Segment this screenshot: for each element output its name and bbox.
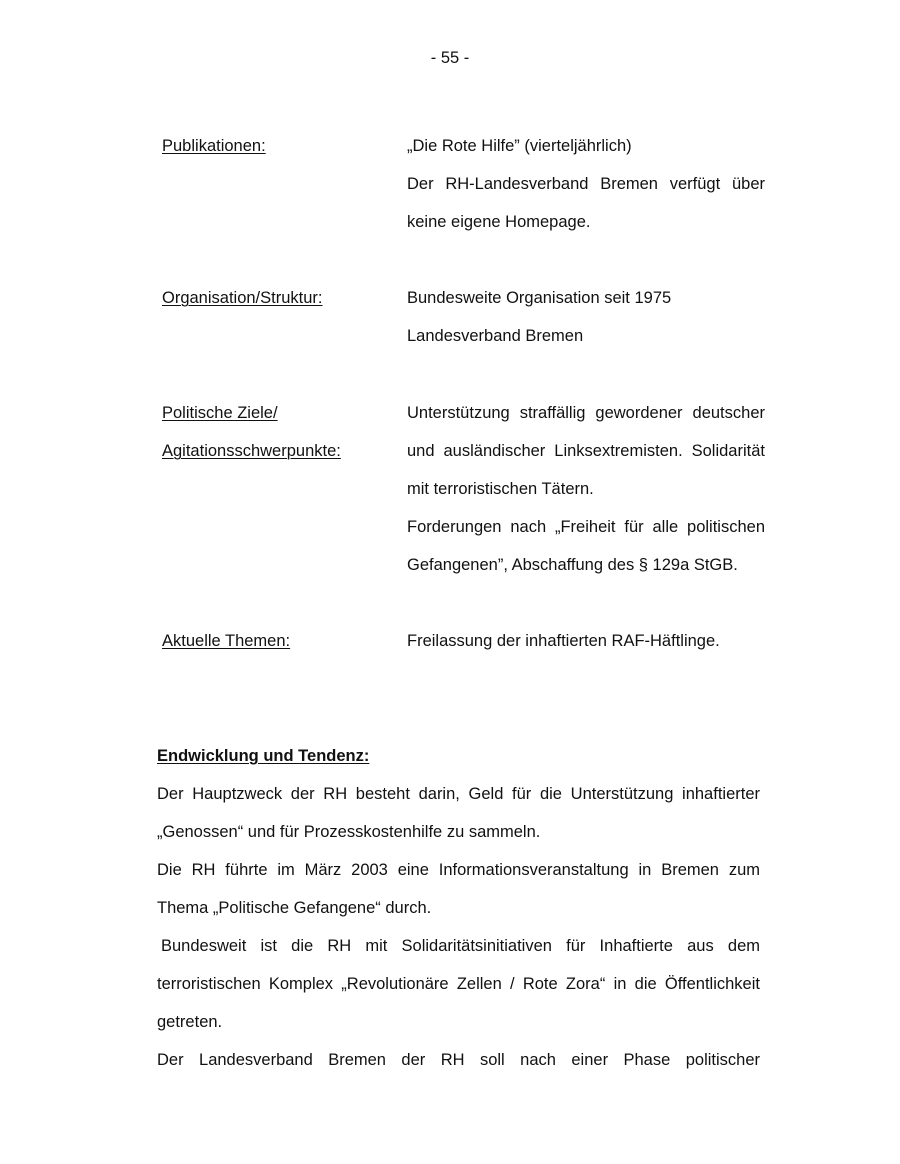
- section-entwicklung: Endwicklung und Tendenz: Der Hauptzweck …: [157, 746, 760, 1088]
- label-politische-ziele: Politische Ziele/: [162, 403, 402, 441]
- field-label: Politische Ziele/ Agitationsschwerpunkte…: [162, 403, 402, 479]
- paragraph-line: Bundesweit ist die RH mit Solidaritätsin…: [157, 936, 760, 974]
- label-publikationen: Publikationen:: [162, 136, 402, 174]
- paragraph-line: getreten.: [157, 1012, 760, 1050]
- value-line: keine eigene Homepage.: [407, 212, 765, 250]
- value-line: Der RH-Landesverband Bremen verfügt über: [407, 174, 765, 212]
- field-label: Aktuelle Themen:: [162, 631, 402, 669]
- field-value: Unterstützung straffällig gewordener deu…: [407, 403, 765, 593]
- label-organisation: Organisation/Struktur:: [162, 288, 402, 326]
- field-value: Freilassung der inhaftierten RAF-Häftlin…: [407, 631, 765, 669]
- label-agitationsschwerpunkte: Agitationsschwerpunkte:: [162, 441, 402, 479]
- value-line: Gefangenen”, Abschaffung des § 129a StGB…: [407, 555, 765, 593]
- field-value: „Die Rote Hilfe” (vierteljährlich) Der R…: [407, 136, 765, 250]
- value-line: Forderungen nach „Freiheit für alle poli…: [407, 517, 765, 555]
- paragraph-line: Thema „Politische Gefangene“ durch.: [157, 898, 760, 936]
- page-number: - 55 -: [0, 49, 900, 68]
- paragraph-line: Der Landesverband Bremen der RH soll nac…: [157, 1050, 760, 1088]
- value-line: Freilassung der inhaftierten RAF-Häftlin…: [407, 631, 765, 669]
- value-line: Unterstützung straffällig gewordener deu…: [407, 403, 765, 441]
- value-line: Bundesweite Organisation seit 1975: [407, 288, 765, 326]
- paragraph-line: Die RH führte im März 2003 eine Informat…: [157, 860, 760, 898]
- value-line: und ausländischer Linksextremisten. Soli…: [407, 441, 765, 479]
- section-heading: Endwicklung und Tendenz:: [157, 746, 760, 784]
- value-line: mit terroristischen Tätern.: [407, 479, 765, 517]
- value-line: Landesverband Bremen: [407, 326, 765, 364]
- paragraph-line: terroristischen Komplex „Revolutionäre Z…: [157, 974, 760, 1012]
- label-aktuelle-themen: Aktuelle Themen:: [162, 631, 402, 669]
- field-value: Bundesweite Organisation seit 1975 Lande…: [407, 288, 765, 364]
- field-label: Organisation/Struktur:: [162, 288, 402, 326]
- paragraph-line: „Genossen“ und für Prozesskostenhilfe zu…: [157, 822, 760, 860]
- field-label: Publikationen:: [162, 136, 402, 174]
- paragraph-line: Der Hauptzweck der RH besteht darin, Gel…: [157, 784, 760, 822]
- value-line: „Die Rote Hilfe” (vierteljährlich): [407, 136, 765, 174]
